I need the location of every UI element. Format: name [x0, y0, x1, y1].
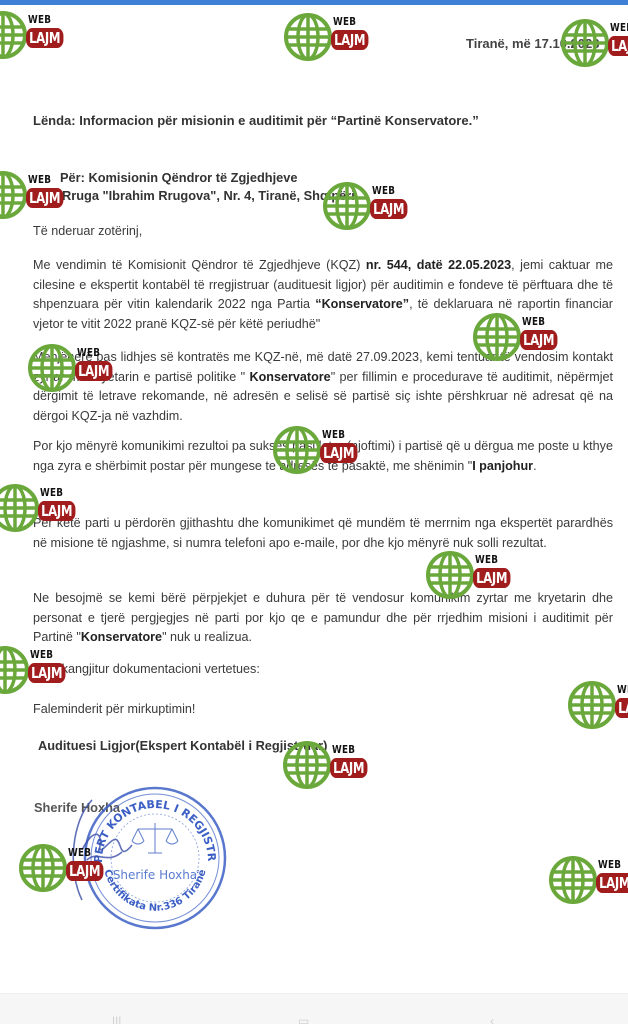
- home-icon[interactable]: ▭: [298, 1014, 309, 1024]
- globe-icon: [18, 843, 68, 893]
- watermark-web-text: WEB: [40, 486, 63, 499]
- globe-icon: [548, 855, 598, 905]
- watermark-lajm-badge: LAJM: [38, 501, 75, 521]
- party-name: Konservatore: [81, 630, 162, 644]
- watermark-web-text: WEB: [475, 553, 498, 566]
- party-name: Konservatore: [249, 370, 330, 384]
- globe-icon: [322, 181, 372, 231]
- watermark-web-text: WEB: [28, 13, 51, 26]
- watermark-lajm-badge: LAJM: [26, 188, 63, 208]
- weblajm-watermark: WEB LAJM: [282, 740, 362, 792]
- weblajm-watermark: WEB LAJM: [0, 170, 58, 222]
- watermark-web-text: WEB: [617, 683, 628, 696]
- watermark-lajm-badge: LAJM: [331, 30, 368, 50]
- recipient-name: Për: Komisionin Qëndror të Zgjedhjeve: [60, 168, 298, 188]
- paragraph-4: Për këtë parti u përdorën gjithashtu dhe…: [33, 514, 613, 553]
- globe-icon: [282, 740, 332, 790]
- watermark-lajm-badge: LAJM: [66, 861, 103, 881]
- weblajm-watermark: WEB LAJM: [27, 343, 107, 395]
- watermark-lajm-badge: LAJM: [26, 28, 63, 48]
- globe-icon: [0, 10, 28, 60]
- weblajm-watermark: WEB LAJM: [548, 855, 628, 907]
- watermark-lajm-badge: LAJM: [520, 330, 557, 350]
- back-icon[interactable]: ‹: [490, 1014, 494, 1024]
- thanks-line: Faleminderit për mirkuptimin!: [33, 700, 195, 720]
- letter-subject: Lënda: Informacion për misionin e auditi…: [33, 111, 479, 131]
- weblajm-watermark: WEB LAJM: [283, 12, 363, 64]
- scanned-letter: Tiranë, më 17.10.2023 Lënda: Informacion…: [0, 5, 628, 993]
- weblajm-watermark: WEB LAJM: [322, 181, 402, 233]
- globe-icon: [283, 12, 333, 62]
- recent-apps-icon[interactable]: |||: [112, 1014, 121, 1024]
- watermark-web-text: WEB: [372, 184, 395, 197]
- weblajm-watermark: WEB LAJM: [0, 10, 58, 62]
- watermark-web-text: WEB: [332, 743, 355, 756]
- greeting: Të nderuar zotërinj,: [33, 222, 142, 242]
- weblajm-watermark: WEB LAJM: [567, 680, 628, 732]
- watermark-web-text: WEB: [333, 15, 356, 28]
- p5-text-b: " nuk u realizua.: [162, 630, 252, 644]
- watermark-lajm-badge: LAJM: [608, 36, 628, 56]
- paragraph-5: Ne besojmë se kemi bërë përpjekjet e duh…: [33, 589, 613, 648]
- weblajm-watermark: WEB LAJM: [18, 843, 98, 895]
- globe-icon: [272, 425, 322, 475]
- globe-icon: [567, 680, 617, 730]
- globe-icon: [0, 170, 28, 220]
- watermark-lajm-badge: LAJM: [75, 361, 112, 381]
- watermark-lajm-badge: LAJM: [473, 568, 510, 588]
- watermark-lajm-badge: LAJM: [615, 698, 628, 718]
- watermark-lajm-badge: LAJM: [330, 758, 367, 778]
- p3-text-b: .: [533, 459, 537, 473]
- decision-number: nr. 544, datë 22.05.2023: [366, 258, 511, 272]
- party-name: “Konservatore”: [315, 297, 409, 311]
- weblajm-watermark: WEB LAJM: [0, 483, 70, 535]
- globe-icon: [472, 312, 522, 362]
- watermark-web-text: WEB: [28, 173, 51, 186]
- weblajm-watermark: WEB LAJM: [560, 18, 628, 70]
- postal-note: I panjohur: [472, 459, 533, 473]
- watermark-web-text: WEB: [598, 858, 621, 871]
- globe-icon: [560, 18, 610, 68]
- weblajm-watermark: WEB LAJM: [0, 645, 60, 697]
- globe-icon: [425, 550, 475, 600]
- watermark-lajm-badge: LAJM: [596, 873, 628, 893]
- watermark-lajm-badge: LAJM: [320, 443, 357, 463]
- globe-icon: [0, 645, 30, 695]
- watermark-web-text: WEB: [30, 648, 53, 661]
- bottom-navigation-bar: ||| ▭ ‹: [0, 993, 628, 1024]
- recipient-address: Rruga "Ibrahim Rrugova", Nr. 4, Tiranë, …: [62, 186, 355, 206]
- globe-icon: [27, 343, 77, 393]
- attachment-line: Bashkangjitur dokumentacioni vertetues:: [33, 660, 260, 680]
- globe-icon: [0, 483, 40, 533]
- watermark-web-text: WEB: [77, 346, 100, 359]
- weblajm-watermark: WEB LAJM: [472, 312, 552, 364]
- watermark-lajm-badge: LAJM: [370, 199, 407, 219]
- watermark-web-text: WEB: [610, 21, 628, 34]
- p1-text-a: Me vendimin të Komisionit Qëndror të Zgj…: [33, 258, 366, 272]
- watermark-web-text: WEB: [322, 428, 345, 441]
- watermark-web-text: WEB: [522, 315, 545, 328]
- watermark-lajm-badge: LAJM: [28, 663, 65, 683]
- weblajm-watermark: WEB LAJM: [272, 425, 352, 477]
- weblajm-watermark: WEB LAJM: [425, 550, 505, 602]
- watermark-web-text: WEB: [68, 846, 91, 859]
